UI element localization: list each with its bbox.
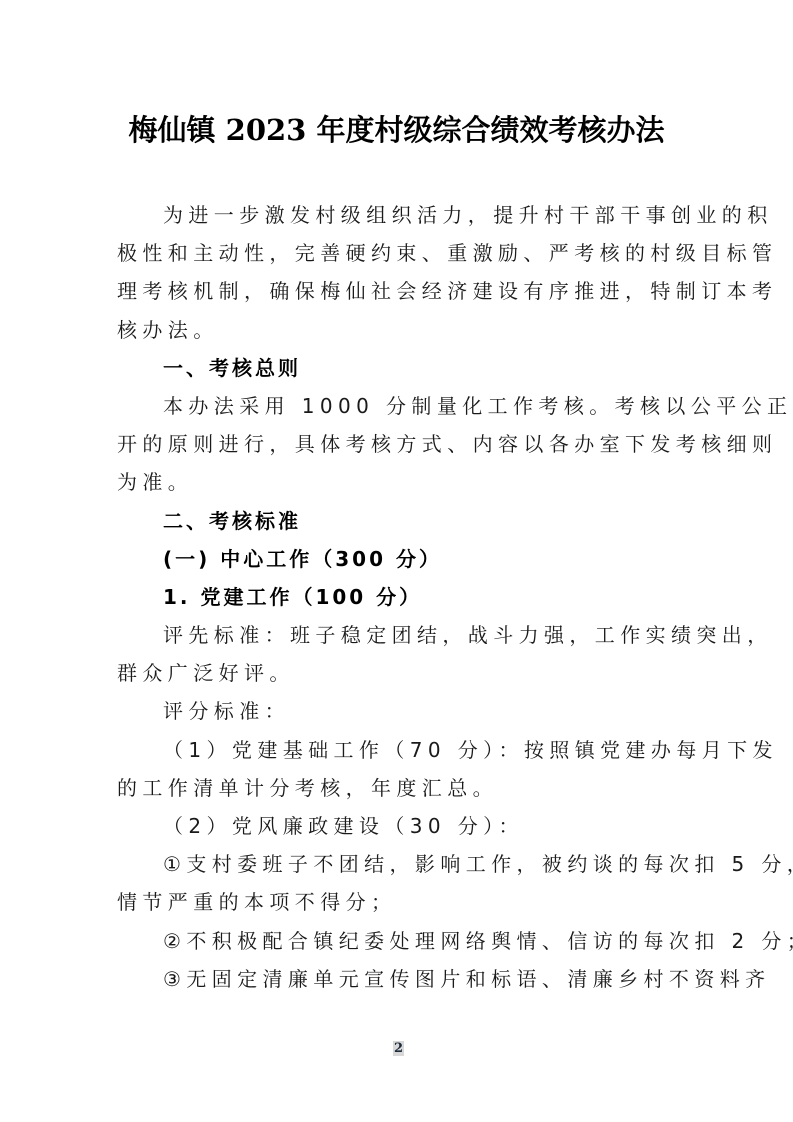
paragraph-principles-line-3: 为准。 (117, 463, 677, 501)
paragraph-principles-line-2: 开的原则进行，具体考核方式、内容以各办室下发考核细则 (117, 425, 677, 463)
criterion-1-line-2: 的工作清单计分考核，年度汇总。 (117, 769, 677, 807)
paragraph-intro-line-1: 为进一步激发村级组织活力，提升村干部干事创业的积 (117, 196, 677, 234)
paragraph-intro-line-2: 极性和主动性，完善硬约束、重激励、严考核的村级目标管 (117, 234, 677, 272)
page-number: 2 (393, 1041, 404, 1056)
section-heading-general-principles: 一、考核总则 (117, 349, 677, 387)
item-heading-party-building: 1. 党建工作（100 分） (117, 578, 677, 616)
paragraph-intro-line-3: 理考核机制，确保梅仙社会经济建设有序推进，特制订本考 (117, 272, 677, 310)
sub-criterion-2: ②不积极配合镇纪委处理网络舆情、信访的每次扣 2 分； (117, 922, 677, 960)
paragraph-excellence-criteria-line-2: 群众广泛好评。 (117, 654, 677, 692)
paragraph-intro-line-4: 核办法。 (117, 311, 677, 349)
scoring-criteria-label: 评分标准： (117, 692, 677, 730)
section-heading-standards: 二、考核标准 (117, 502, 677, 540)
sub-criterion-1-line-1: ①支村委班子不团结，影响工作，被约谈的每次扣 5 分， (117, 845, 677, 883)
document-body: 为进一步激发村级组织活力，提升村干部干事创业的积 极性和主动性，完善硬约束、重激… (117, 196, 677, 998)
sub-criterion-1-line-2: 情节严重的本项不得分； (117, 883, 677, 921)
subsection-heading-central-work: (一) 中心工作（300 分） (117, 540, 677, 578)
criterion-1-line-1: （1）党建基础工作（70 分）：按照镇党建办每月下发 (117, 731, 677, 769)
paragraph-excellence-criteria-line-1: 评先标准：班子稳定团结，战斗力强，工作实绩突出， (117, 616, 677, 654)
document-page: 梅仙镇 2023 年度村级综合绩效考核办法 为进一步激发村级组织活力，提升村干部… (0, 0, 793, 1122)
document-title: 梅仙镇 2023 年度村级综合绩效考核办法 (0, 110, 793, 150)
paragraph-principles-line-1: 本办法采用 1000 分制量化工作考核。考核以公平公正公 (117, 387, 677, 425)
sub-criterion-3-line-1: ③无固定清廉单元宣传图片和标语、清廉乡村不资料齐 (117, 960, 677, 998)
criterion-2-heading: （2）党风廉政建设（30 分）： (117, 807, 677, 845)
